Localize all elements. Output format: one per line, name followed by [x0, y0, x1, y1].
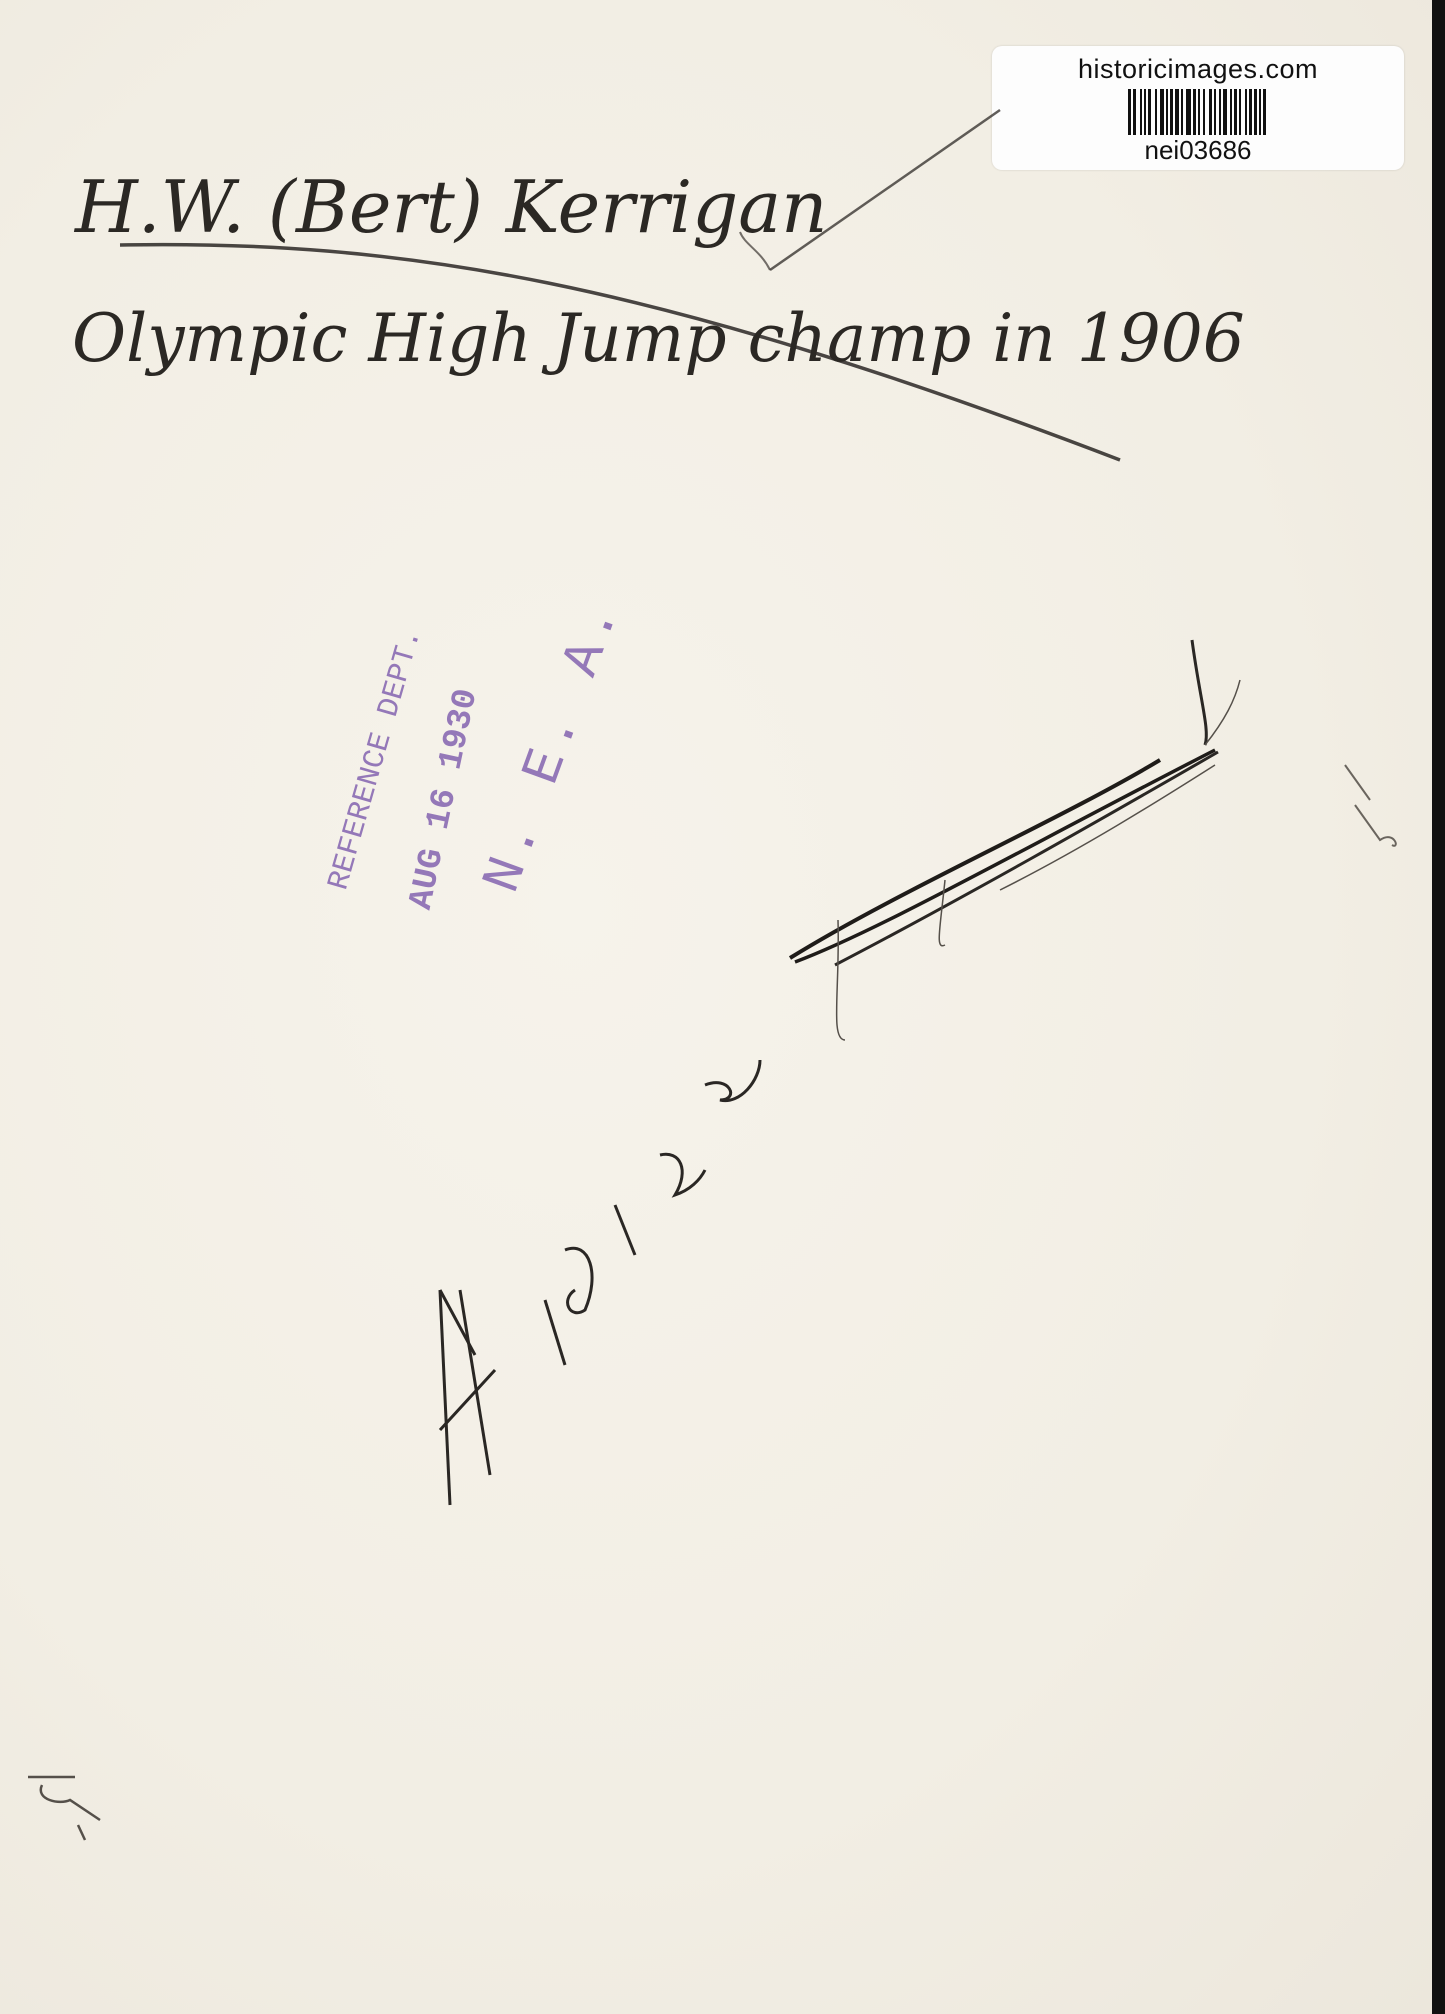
subject-name: H.W. (Bert) Kerrigan — [75, 165, 828, 249]
subject-caption: Olympic High Jump champ in 1906 — [72, 300, 1245, 377]
